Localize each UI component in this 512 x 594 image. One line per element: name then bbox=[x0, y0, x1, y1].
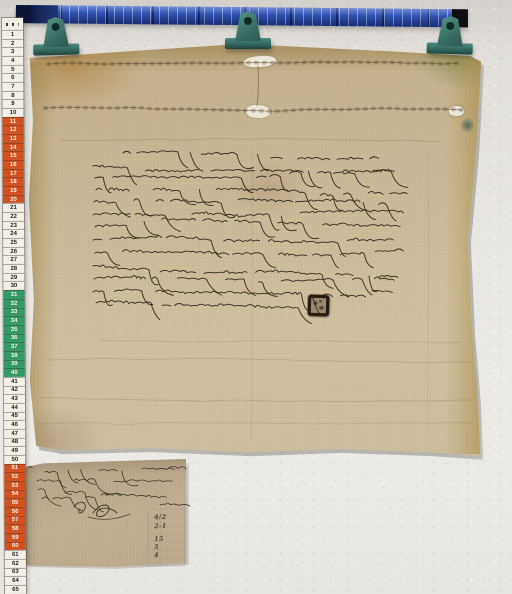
clip-hole bbox=[244, 17, 252, 25]
photo-scene: 4/22-11554 12345678910111213141516171819… bbox=[0, 0, 512, 594]
ruler-mark-60: 60 bbox=[5, 542, 26, 551]
ruler-mark-62: 62 bbox=[5, 559, 26, 568]
ruler-mark-35: 35 bbox=[4, 325, 25, 334]
clip-head bbox=[434, 16, 467, 47]
ruler-mark-53: 53 bbox=[4, 481, 25, 490]
binder-clip-2 bbox=[225, 11, 271, 53]
ruler-mark-25: 25 bbox=[3, 238, 24, 247]
clip-head bbox=[39, 17, 72, 48]
ruler-mark-19: 19 bbox=[3, 186, 24, 195]
ruler-mark-3: 3 bbox=[2, 47, 23, 56]
ruler-mark-16: 16 bbox=[3, 160, 24, 169]
ruler-mark-65: 65 bbox=[5, 585, 26, 594]
ruler-mark-52: 52 bbox=[4, 472, 25, 481]
ruler-mark-55: 55 bbox=[5, 498, 26, 507]
repair-patch bbox=[246, 104, 271, 118]
ruler-mark-48: 48 bbox=[4, 437, 25, 446]
main-document bbox=[28, 44, 482, 458]
ruler-mark-45: 45 bbox=[4, 411, 25, 420]
ruler-mark-17: 17 bbox=[3, 169, 24, 178]
ruler-mark-51: 51 bbox=[4, 463, 25, 472]
ruler-mark-49: 49 bbox=[4, 446, 25, 455]
ruler-mark-54: 54 bbox=[4, 489, 25, 498]
vertical-ruler: 1234567891011121314151617181920212223242… bbox=[2, 18, 26, 594]
ruler-mark-42: 42 bbox=[4, 385, 25, 394]
ruler-mark-43: 43 bbox=[4, 394, 25, 403]
ruler-mark-22: 22 bbox=[3, 212, 24, 221]
black-seal-stamp bbox=[308, 295, 330, 317]
ruler-mark-12: 12 bbox=[3, 125, 24, 134]
ruler-mark-21: 21 bbox=[3, 203, 24, 212]
ruler-mark-27: 27 bbox=[3, 255, 24, 264]
ruler-mark-64: 64 bbox=[5, 576, 26, 585]
small-document: 4/22-11554 bbox=[22, 459, 186, 567]
ruler-mark-28: 28 bbox=[3, 264, 24, 273]
ruler-mark-6: 6 bbox=[2, 73, 23, 82]
ruler-mark-58: 58 bbox=[5, 524, 26, 533]
repair-patch bbox=[449, 106, 464, 116]
ruler-mark-30: 30 bbox=[3, 281, 24, 290]
ruler-mark-7: 7 bbox=[2, 82, 23, 91]
ruler-mark-13: 13 bbox=[3, 134, 24, 143]
ruler-mark-46: 46 bbox=[4, 420, 25, 429]
ruler-mark-11: 11 bbox=[3, 117, 24, 126]
ruler-mark-61: 61 bbox=[5, 550, 26, 559]
ruler-top-cap bbox=[2, 18, 23, 30]
ruler-mark-4: 4 bbox=[2, 56, 23, 65]
ruler-mark-14: 14 bbox=[3, 143, 24, 152]
archive-number: 4/2 bbox=[154, 513, 167, 521]
ruler-mark-63: 63 bbox=[5, 568, 26, 577]
ruler-mark-34: 34 bbox=[4, 316, 25, 325]
ruler-mark-23: 23 bbox=[3, 221, 24, 230]
ruler-mark-36: 36 bbox=[4, 333, 25, 342]
archive-number-column: 4/22-11554 bbox=[154, 459, 184, 567]
ruler-mark-33: 33 bbox=[4, 307, 25, 316]
ruler-mark-24: 24 bbox=[3, 229, 24, 238]
ruler-mark-47: 47 bbox=[4, 429, 25, 438]
ruler-mark-18: 18 bbox=[3, 177, 24, 186]
ruler-mark-1: 1 bbox=[2, 30, 23, 39]
archive-number: 5 bbox=[154, 543, 159, 551]
clip-head bbox=[232, 11, 264, 41]
ruler-mark-32: 32 bbox=[3, 299, 24, 308]
ruler-mark-38: 38 bbox=[4, 351, 25, 360]
ruler-mark-10: 10 bbox=[2, 108, 23, 117]
binder-clip-3 bbox=[426, 15, 473, 58]
ruler-mark-56: 56 bbox=[5, 507, 26, 516]
ruler-mark-26: 26 bbox=[3, 247, 24, 256]
ruler-mark-5: 5 bbox=[2, 65, 23, 74]
ruler-mark-57: 57 bbox=[5, 516, 26, 525]
binder-clip-1 bbox=[32, 16, 79, 59]
repair-patch bbox=[244, 55, 277, 68]
ruler-mark-40: 40 bbox=[4, 368, 25, 377]
ruler-mark-50: 50 bbox=[4, 455, 25, 464]
ruler-mark-59: 59 bbox=[5, 533, 26, 542]
ruler-mark-44: 44 bbox=[4, 403, 25, 412]
ruler-mark-37: 37 bbox=[4, 342, 25, 351]
ruler-mark-2: 2 bbox=[2, 39, 23, 48]
ruler-mark-41: 41 bbox=[4, 377, 25, 386]
ruler-mark-8: 8 bbox=[2, 91, 23, 100]
ruler-mark-20: 20 bbox=[3, 195, 24, 204]
archive-number: 4 bbox=[154, 551, 159, 559]
ruler-mark-29: 29 bbox=[3, 273, 24, 282]
stain-teal-spot bbox=[461, 118, 474, 134]
ruler-mark-15: 15 bbox=[3, 151, 24, 160]
archive-number: 2-1 bbox=[154, 522, 167, 530]
ruler-mark-31: 31 bbox=[3, 290, 24, 299]
ruler-mark-9: 9 bbox=[2, 99, 23, 108]
ruler-mark-39: 39 bbox=[4, 359, 25, 368]
